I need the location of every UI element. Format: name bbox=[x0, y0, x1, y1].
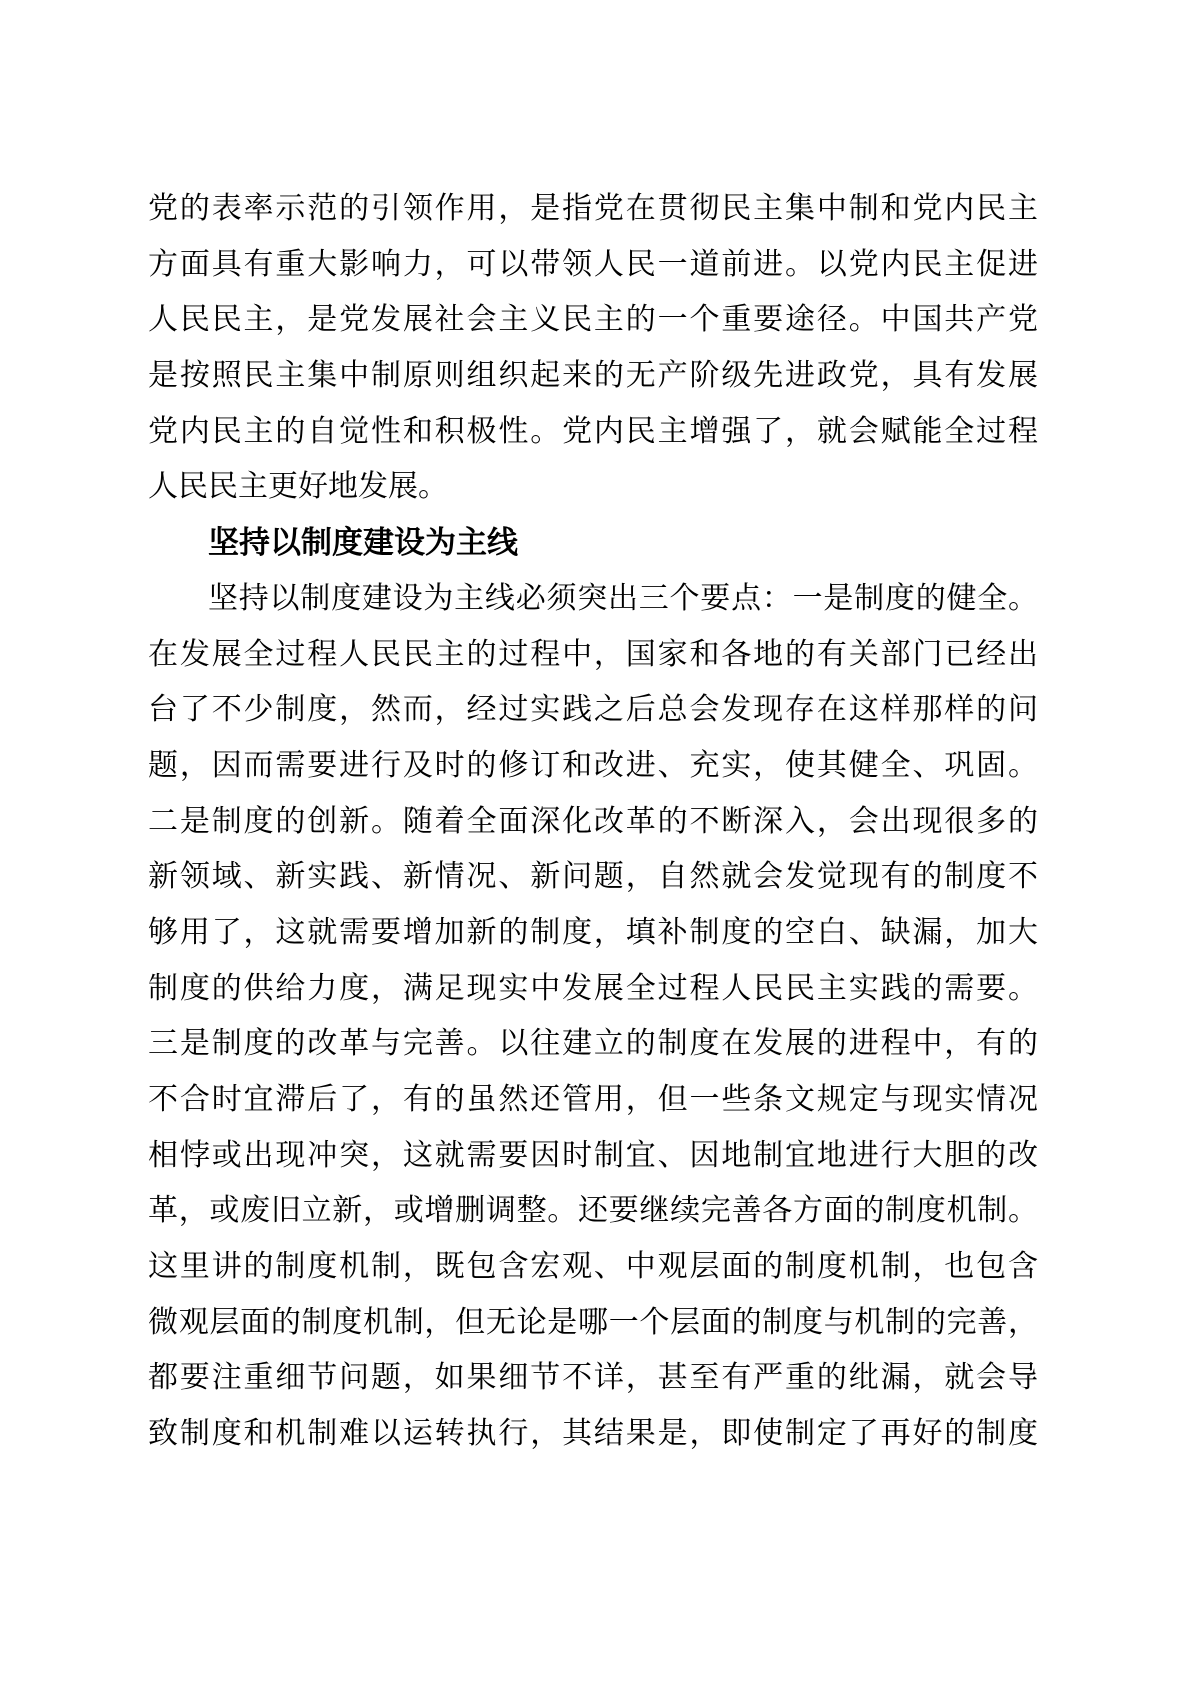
text-line: 都要注重细节问题，如果细节不详，甚至有严重的纰漏，就会导 bbox=[148, 1350, 1038, 1406]
text-line: 党内民主的自觉性和积极性。党内民主增强了，就会赋能全过程 bbox=[148, 404, 1038, 460]
text-line: 微观层面的制度机制，但无论是哪一个层面的制度与机制的完善， bbox=[148, 1295, 1038, 1351]
text-line: 方面具有重大影响力，可以带领人民一道前进。以党内民主促进 bbox=[148, 237, 1038, 293]
text-line: 坚持以制度建设为主线必须突出三个要点：一是制度的健全。 bbox=[148, 571, 1038, 627]
text-line: 致制度和机制难以运转执行，其结果是，即使制定了再好的制度 bbox=[148, 1406, 1038, 1462]
text-line: 台了不少制度，然而，经过实践之后总会发现存在这样那样的问 bbox=[148, 682, 1038, 738]
paragraph-1: 党的表率示范的引领作用，是指党在贯彻民主集中制和党内民主 方面具有重大影响力，可… bbox=[148, 181, 1038, 515]
text-line: 相悖或出现冲突，这就需要因时制宜、因地制宜地进行大胆的改 bbox=[148, 1128, 1038, 1184]
paragraph-2: 坚持以制度建设为主线必须突出三个要点：一是制度的健全。 在发展全过程人民民主的过… bbox=[148, 571, 1038, 1462]
text-line: 三是制度的改革与完善。以往建立的制度在发展的进程中，有的 bbox=[148, 1016, 1038, 1072]
text-line: 革，或废旧立新，或增删调整。还要继续完善各方面的制度机制。 bbox=[148, 1183, 1038, 1239]
text-line: 新领域、新实践、新情况、新问题，自然就会发觉现有的制度不 bbox=[148, 849, 1038, 905]
text-line: 党的表率示范的引领作用，是指党在贯彻民主集中制和党内民主 bbox=[148, 181, 1038, 237]
text-line: 这里讲的制度机制，既包含宏观、中观层面的制度机制，也包含 bbox=[148, 1239, 1038, 1295]
text-line: 人民民主，是党发展社会主义民主的一个重要途径。中国共产党 bbox=[148, 292, 1038, 348]
text-line: 二是制度的创新。随着全面深化改革的不断深入，会出现很多的 bbox=[148, 794, 1038, 850]
section-heading: 坚持以制度建设为主线 bbox=[148, 515, 1038, 571]
document-page: 党的表率示范的引领作用，是指党在贯彻民主集中制和党内民主 方面具有重大影响力，可… bbox=[0, 0, 1190, 1683]
text-line: 题，因而需要进行及时的修订和改进、充实，使其健全、巩固。 bbox=[148, 738, 1038, 794]
text-line: 人民民主更好地发展。 bbox=[148, 459, 1038, 515]
text-line: 是按照民主集中制原则组织起来的无产阶级先进政党，具有发展 bbox=[148, 348, 1038, 404]
text-line: 在发展全过程人民民主的过程中，国家和各地的有关部门已经出 bbox=[148, 627, 1038, 683]
text-line: 够用了，这就需要增加新的制度，填补制度的空白、缺漏，加大 bbox=[148, 905, 1038, 961]
text-line: 不合时宜滞后了，有的虽然还管用，但一些条文规定与现实情况 bbox=[148, 1072, 1038, 1128]
text-column: 党的表率示范的引领作用，是指党在贯彻民主集中制和党内民主 方面具有重大影响力，可… bbox=[148, 181, 1038, 1462]
text-line: 制度的供给力度，满足现实中发展全过程人民民主实践的需要。 bbox=[148, 961, 1038, 1017]
